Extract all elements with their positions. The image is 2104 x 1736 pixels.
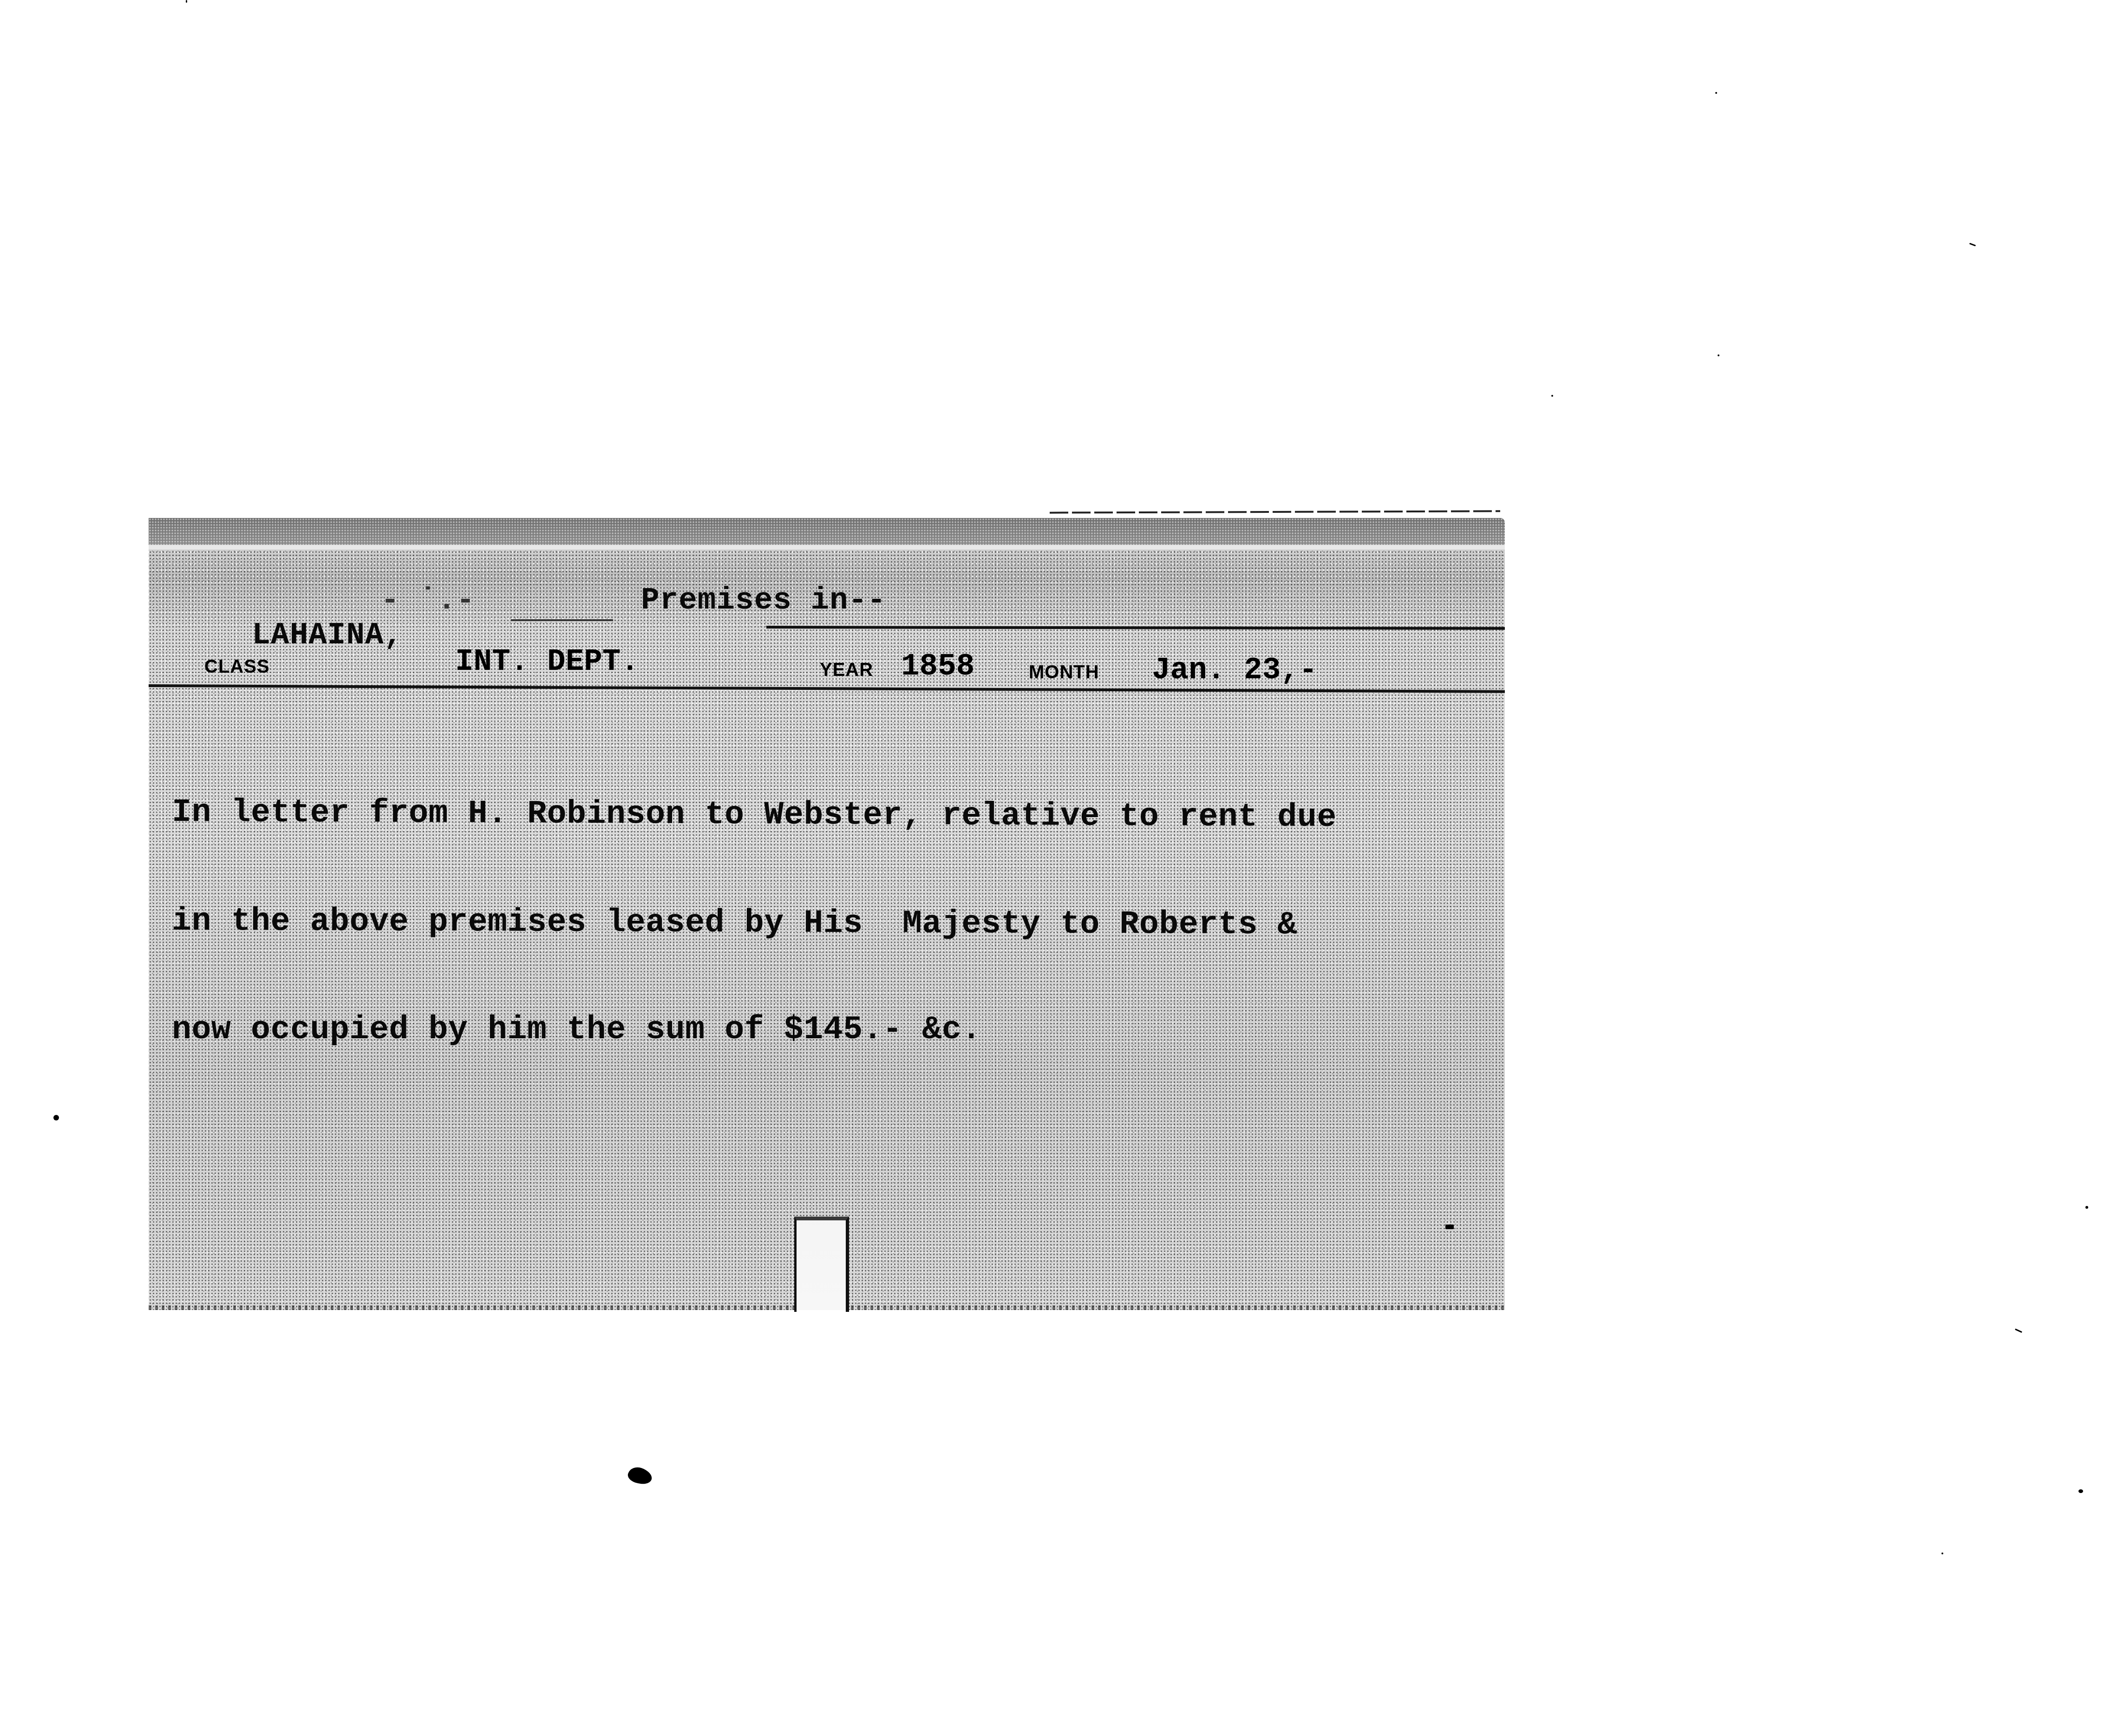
- speck-mark: [1551, 395, 1553, 397]
- ink-blot: [626, 1465, 654, 1487]
- body-line: in the above premises leased by His Maje…: [172, 904, 1337, 944]
- class-value: INT. DEPT.: [455, 644, 639, 679]
- location-label: LAHAINA,: [252, 618, 403, 653]
- subject-title: Premises in--: [641, 583, 886, 618]
- speck-mark: [2015, 1329, 2022, 1333]
- month-value: Jan. 23,-: [1152, 653, 1317, 688]
- speck-mark: [2078, 1489, 2083, 1493]
- speck-mark: [53, 1115, 59, 1120]
- speck-mark: [1718, 354, 1719, 356]
- index-card: LAHAINA, - ˙.- Premises in-- CLASS INT. …: [149, 518, 1505, 1310]
- speck-mark: [1969, 243, 1976, 247]
- body-line: now occupied by him the sum of $145.- &c…: [172, 1012, 1337, 1048]
- month-label: MONTH: [1029, 662, 1099, 683]
- year-value: 1858: [901, 649, 974, 684]
- speck-mark: [1445, 1225, 1454, 1229]
- heading-separator: - ˙.-: [381, 583, 475, 618]
- speck-mark: [1941, 1553, 1943, 1554]
- class-label: CLASS: [204, 656, 270, 677]
- card-rod-notch: [794, 1217, 849, 1312]
- heading-rule: [766, 626, 1505, 630]
- body-line: In letter from H. Robinson to Webster, r…: [172, 795, 1337, 836]
- speck-mark: [2085, 1206, 2088, 1209]
- year-label: YEAR: [820, 660, 873, 681]
- card-body: In letter from H. Robinson to Webster, r…: [172, 722, 1337, 1121]
- blank-underline: [511, 619, 613, 621]
- stray-rule-line: [1050, 510, 1500, 513]
- card-header-band: [149, 518, 1505, 545]
- card-band-gap: [149, 545, 1505, 550]
- speck-mark: [1715, 92, 1717, 94]
- speck-mark: [186, 0, 187, 3]
